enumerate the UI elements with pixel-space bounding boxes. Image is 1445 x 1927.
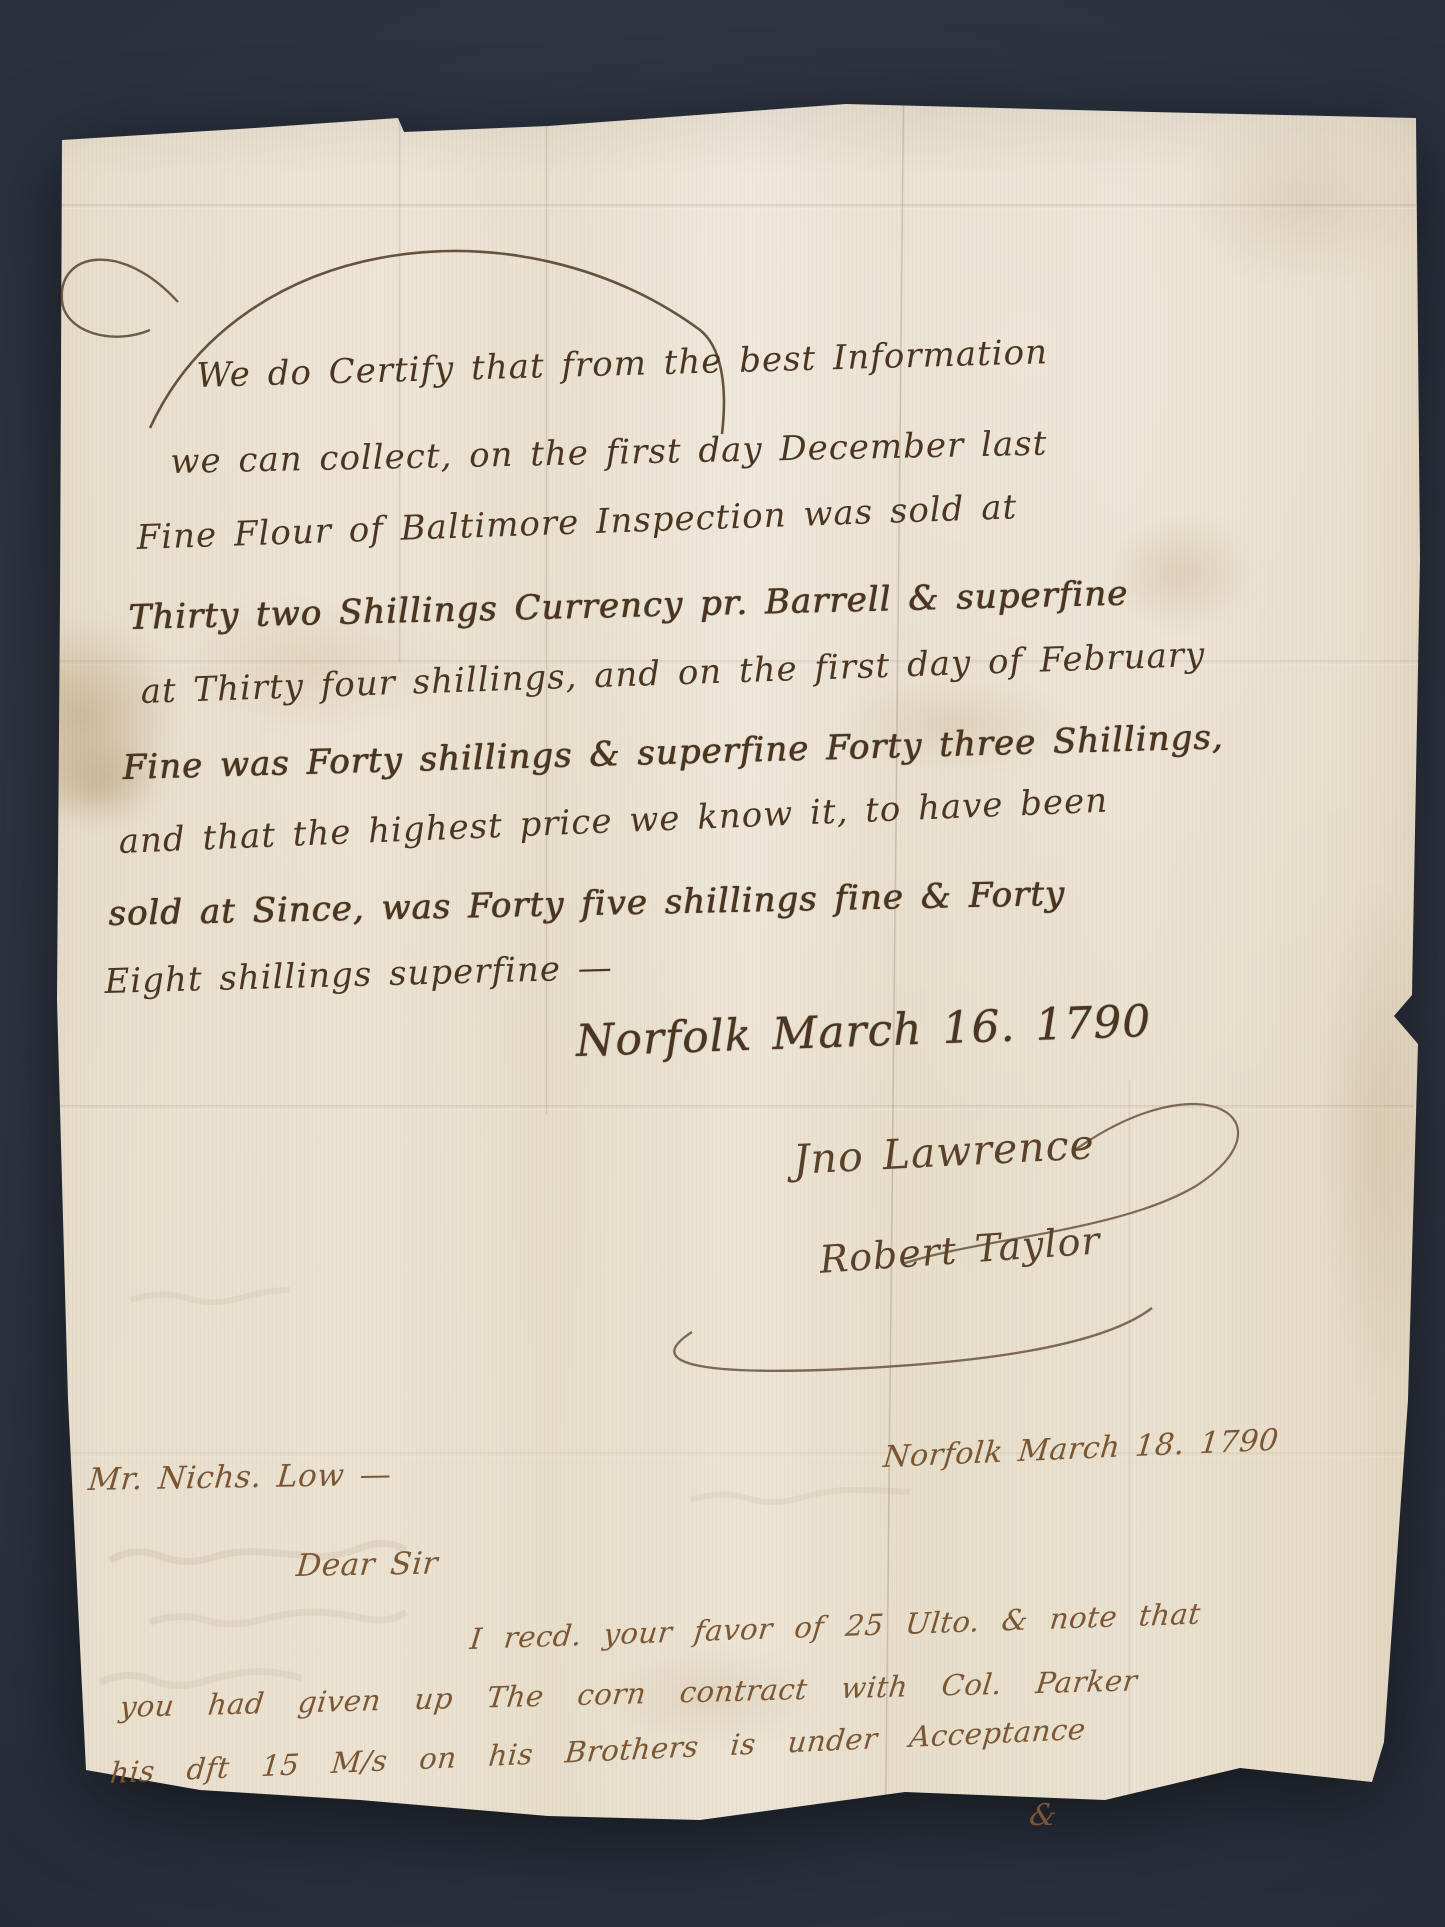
photo-backdrop: We do Certify that from the best Informa… xyxy=(0,0,1445,1927)
note-addressee: Mr. Nichs. Low — xyxy=(87,1457,393,1498)
note-salutation: Dear Sir xyxy=(295,1546,440,1584)
note-catchword: & xyxy=(1027,1798,1059,1833)
